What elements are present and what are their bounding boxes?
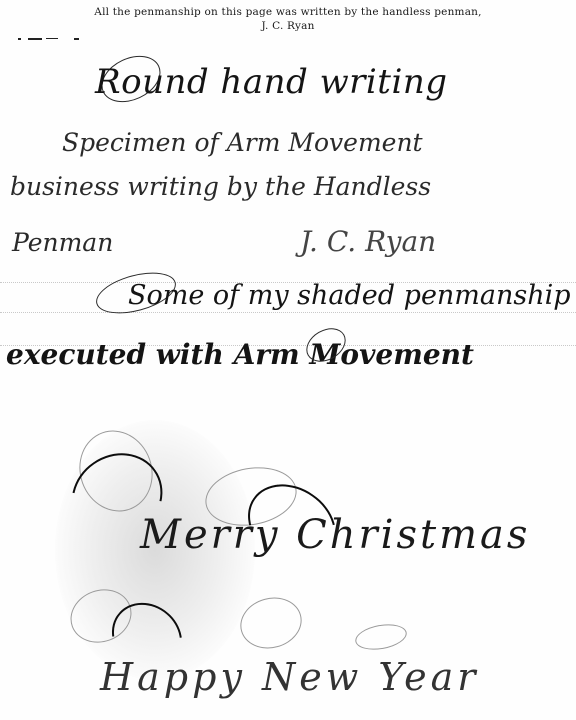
scan-mark bbox=[28, 38, 42, 40]
business-line-2: business writing by the Handless bbox=[10, 172, 431, 201]
caption-line-2: J. C. Ryan bbox=[0, 20, 576, 32]
caption-line-1: All the penmanship on this page was writ… bbox=[0, 6, 576, 18]
greeting-line-1: Merry Christmas bbox=[140, 512, 530, 558]
scan-mark bbox=[46, 38, 58, 39]
scan-mark bbox=[18, 38, 21, 40]
shaded-line-1: Some of my shaded penmanship bbox=[128, 280, 571, 311]
round-hand-title: Round hand writing bbox=[95, 62, 448, 102]
scanned-page: All the penmanship on this page was writ… bbox=[0, 0, 576, 720]
business-line-1: Specimen of Arm Movement bbox=[62, 128, 423, 157]
guide-line bbox=[0, 312, 576, 314]
business-line-3: Penman bbox=[12, 228, 113, 257]
capital-y-loop bbox=[353, 621, 408, 654]
greeting-line-2: Happy New Year bbox=[100, 655, 479, 699]
scan-mark bbox=[74, 38, 79, 40]
signature: J. C. Ryan bbox=[300, 225, 436, 258]
shaded-line-2: executed with Arm Movement bbox=[6, 338, 474, 371]
